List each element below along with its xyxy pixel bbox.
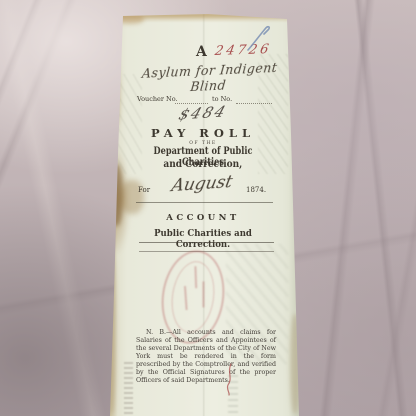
ink-stamp-inner-ring (167, 258, 219, 335)
account-name: Public Charities and Correction. (129, 228, 277, 250)
photo-of-antique-payroll-document: { "scene": { "surface": "marble-countert… (0, 0, 416, 416)
document-face: A 24726 Asylum for Indigent Blind Vouche… (0, 0, 416, 416)
account-name-text: Public Charities and Correction. (136, 228, 269, 250)
handwritten-amount: $484 (176, 102, 229, 123)
series-letter: A (196, 44, 207, 60)
account-underline (139, 242, 274, 243)
divider-rule-2 (139, 251, 274, 252)
department-line2-text: and Correction, (164, 159, 243, 170)
red-ink-squiggle (222, 362, 236, 396)
divider-rule-1 (136, 202, 273, 203)
for-label: For (138, 186, 150, 194)
of-the-label: OF THE (129, 141, 277, 146)
account-label: ACCOUNT (129, 213, 277, 223)
nb-notice-paragraph: N. B.—All accounts and claims for Salari… (136, 329, 276, 385)
stamp-marking (202, 281, 204, 307)
handwritten-title-line: Asylum for Indigent Blind (127, 59, 292, 96)
payroll-title: PAY ROLL (129, 126, 277, 140)
blue-pencil-mark (246, 24, 272, 52)
year-label: 1874. (246, 186, 266, 194)
department-line2: and Correction, (129, 159, 277, 170)
voucher-no-label: Voucher No. (137, 95, 178, 103)
to-no-line (236, 103, 272, 104)
handwritten-month: August (150, 170, 254, 197)
